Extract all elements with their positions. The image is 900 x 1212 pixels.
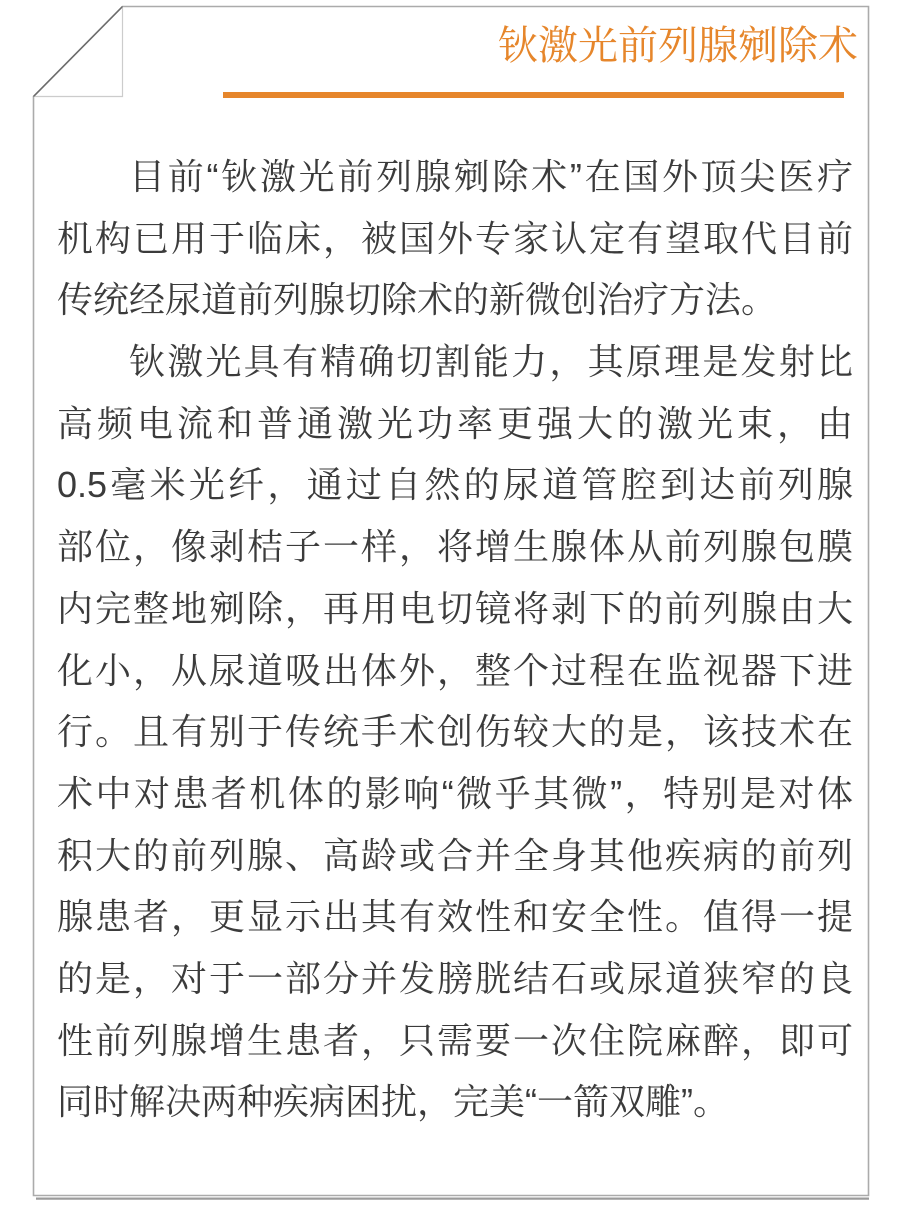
title-underline <box>223 92 844 98</box>
body-line: 钬激光具有精确切割能力，其原理是发射比 <box>57 331 853 393</box>
body-text: 目前“钬激光前列腺剜除术”在国外顶尖医疗机构已用于临床，被国外专家认定有望取代目… <box>57 146 853 1133</box>
body-line: 高频电流和普通激光功率更强大的激光束，由 <box>57 393 853 455</box>
body-line: 传统经尿道前列腺切除术的新微创治疗方法。 <box>57 269 853 331</box>
body-line: 同时解决两种疾病困扰，完美“一箭双雕”。 <box>57 1071 853 1133</box>
body-line: 积大的前列腺、高龄或合并全身其他疾病的前列 <box>57 825 853 887</box>
fold-inner-edge <box>35 8 123 97</box>
body-line: 腺患者，更显示出其有效性和安全性。值得一提 <box>57 886 853 948</box>
body-line: 的是，对于一部分并发膀胱结石或尿道狭窄的良 <box>57 948 853 1010</box>
body-line: 机构已用于临床，被国外专家认定有望取代目前 <box>57 208 853 270</box>
body-line: 化小，从尿道吸出体外，整个过程在监视器下进 <box>57 640 853 702</box>
page-container: 钬激光前列腺剜除术 目前“钬激光前列腺剜除术”在国外顶尖医疗机构已用于临床，被国… <box>0 0 900 1212</box>
body-line: 内完整地剜除，再用电切镜将剥下的前列腺由大 <box>57 578 853 640</box>
fold-crease <box>34 7 123 97</box>
page-title: 钬激光前列腺剜除术 <box>498 22 858 70</box>
body-line: 性前列腺增生患者，只需要一次住院麻醉，即可 <box>57 1010 853 1072</box>
body-line: 部位，像剥桔子一样，将增生腺体从前列腺包膜 <box>57 516 853 578</box>
body-line: 目前“钬激光前列腺剜除术”在国外顶尖医疗 <box>57 146 853 208</box>
body-line: 行。且有别于传统手术创伤较大的是，该技术在 <box>57 701 853 763</box>
body-line: 0.5毫米光纤，通过自然的尿道管腔到达前列腺 <box>57 454 853 516</box>
body-line: 术中对患者机体的影响“微乎其微”，特别是对体 <box>57 763 853 825</box>
